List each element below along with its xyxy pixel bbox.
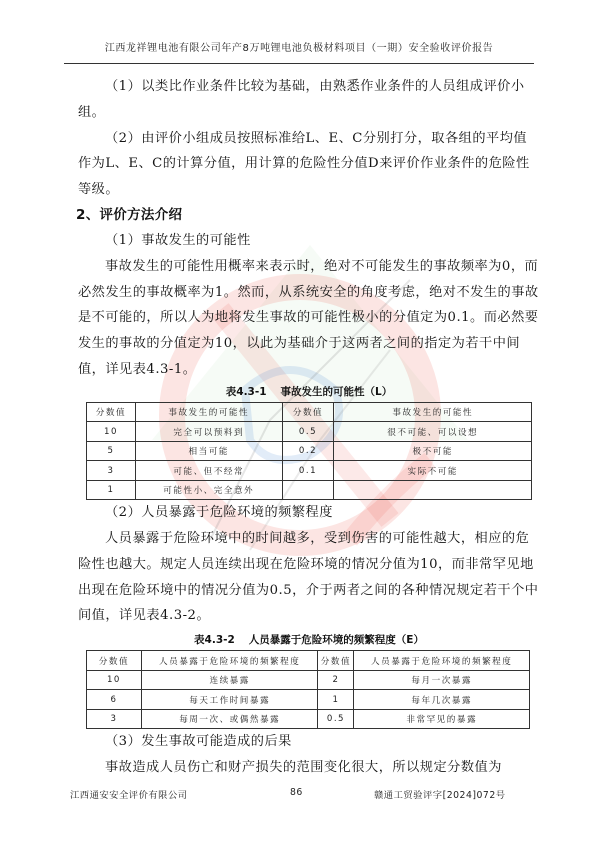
table-cell: 2 <box>318 670 354 690</box>
table1-caption-number: 表4.3-1 <box>226 386 267 398</box>
table-cell: 很不可能、可以设想 <box>334 422 532 442</box>
table1-caption-title: 事故发生的可能性（L） <box>281 386 393 398</box>
table-cell: 每月一次暴露 <box>354 670 530 690</box>
footer-page-number: 86 <box>290 787 303 798</box>
table-cell: 非常罕见的暴露 <box>354 709 530 729</box>
table-cell: 1 <box>318 690 354 710</box>
table-cell: 10 <box>87 670 142 690</box>
paragraph-exposure: 人员暴露于危险环境中的时间越多，受到伤害的可能性越大，相应的危险性也越大。规定人… <box>78 526 540 629</box>
header-cell: 分数值 <box>87 402 136 422</box>
table-cell: 6 <box>87 690 142 710</box>
table-cell: 1 <box>87 480 136 500</box>
header-cell: 分数值 <box>282 402 334 422</box>
table-cell <box>334 480 532 500</box>
paragraph-consequence: 事故造成人员伤亡和财产损失的范围变化很大，所以规定分数值为 <box>78 755 540 781</box>
table-row: 10 完全可以预料到 0.5 很不可能、可以设想 <box>87 422 532 442</box>
subsection-title-likelihood: （1）事故发生的可能性 <box>78 228 540 254</box>
table-cell: 0.1 <box>282 461 334 481</box>
table-row: 1 可能性小、完全意外 <box>87 480 532 500</box>
paragraph-step-1: （1）以类比作业条件比较为基础，由熟悉作业条件的人员组成评价小组。 <box>78 74 540 126</box>
table2-caption: 表4.3-2人员暴露于危险环境的频繁程度（E） <box>78 633 540 647</box>
table-row: 6 每天工作时间暴露 1 每年几次暴露 <box>87 690 530 710</box>
table-row: 3 可能、但不经常 0.1 实际不可能 <box>87 461 532 481</box>
table2-caption-number: 表4.3-2 <box>194 634 235 646</box>
table-cell: 每年几次暴露 <box>354 690 530 710</box>
subsection-title-consequence: （3）发生事故可能造成的后果 <box>78 729 540 755</box>
footer-company: 江西通安安全评价有限公司 <box>70 787 188 801</box>
header-cell: 分数值 <box>318 651 354 671</box>
table-cell: 0.2 <box>282 441 334 461</box>
subsection-title-exposure: （2）人员暴露于危险环境的频繁程度 <box>78 500 540 526</box>
table-cell: 可能、但不经常 <box>135 461 282 481</box>
paragraph-step-2: （2）由评价小组成员按照标准给L、E、C分别打分，取各组的平均值作为L、E、C的… <box>78 126 540 203</box>
table2-caption-title: 人员暴露于危险环境的频繁程度（E） <box>249 634 424 646</box>
paragraph-likelihood: 事故发生的可能性用概率来表示时，绝对不可能发生的事故频率为0，而必然发生的事故概… <box>78 254 540 383</box>
table-cell: 10 <box>87 422 136 442</box>
table-cell: 3 <box>87 709 142 729</box>
exposure-table: 分数值 人员暴露于危险环境的频繁程度 分数值 人员暴露于危险环境的频繁程度 10… <box>86 650 530 729</box>
table-cell: 每周一次、或偶然暴露 <box>141 709 318 729</box>
document-page: 江西龙祥锂电池有限公司年产8万吨锂电池负极材料项目（一期）安全验收评价报告 （1… <box>0 0 596 842</box>
header-cell: 分数值 <box>87 651 142 671</box>
section-heading: 2、评价方法介绍 <box>76 203 540 228</box>
table-cell: 每天工作时间暴露 <box>141 690 318 710</box>
table-cell: 完全可以预料到 <box>135 422 282 442</box>
page-header-title: 江西龙祥锂电池有限公司年产8万吨锂电池负极材料项目（一期）安全验收评价报告 <box>64 39 534 54</box>
header-divider <box>64 63 534 64</box>
table1-caption: 表4.3-1事故发生的可能性（L） <box>78 385 540 399</box>
table-cell: 0.5 <box>318 709 354 729</box>
table-header-row: 分数值 人员暴露于危险环境的频繁程度 分数值 人员暴露于危险环境的频繁程度 <box>87 651 530 671</box>
document-body: （1）以类比作业条件比较为基础，由熟悉作业条件的人员组成评价小组。 （2）由评价… <box>78 70 540 781</box>
header-cell: 人员暴露于危险环境的频繁程度 <box>354 651 530 671</box>
header-cell: 事故发生的可能性 <box>135 402 282 422</box>
table-header-row: 分数值 事故发生的可能性 分数值 事故发生的可能性 <box>87 402 532 422</box>
table-cell: 极不可能 <box>334 441 532 461</box>
table-cell: 3 <box>87 461 136 481</box>
table-cell: 0.5 <box>282 422 334 442</box>
table-cell: 连续暴露 <box>141 670 318 690</box>
table-row: 5 相当可能 0.2 极不可能 <box>87 441 532 461</box>
table-cell: 实际不可能 <box>334 461 532 481</box>
header-cell: 人员暴露于危险环境的频繁程度 <box>141 651 318 671</box>
table-cell: 可能性小、完全意外 <box>135 480 282 500</box>
table-cell <box>282 480 334 500</box>
likelihood-table: 分数值 事故发生的可能性 分数值 事故发生的可能性 10 完全可以预料到 0.5… <box>86 402 532 501</box>
header-cell: 事故发生的可能性 <box>334 402 532 422</box>
table-cell: 5 <box>87 441 136 461</box>
table-row: 3 每周一次、或偶然暴露 0.5 非常罕见的暴露 <box>87 709 530 729</box>
table-row: 10 连续暴露 2 每月一次暴露 <box>87 670 530 690</box>
footer-doc-number: 赣通工贸验评字[2024]072号 <box>374 787 506 801</box>
table-cell: 相当可能 <box>135 441 282 461</box>
